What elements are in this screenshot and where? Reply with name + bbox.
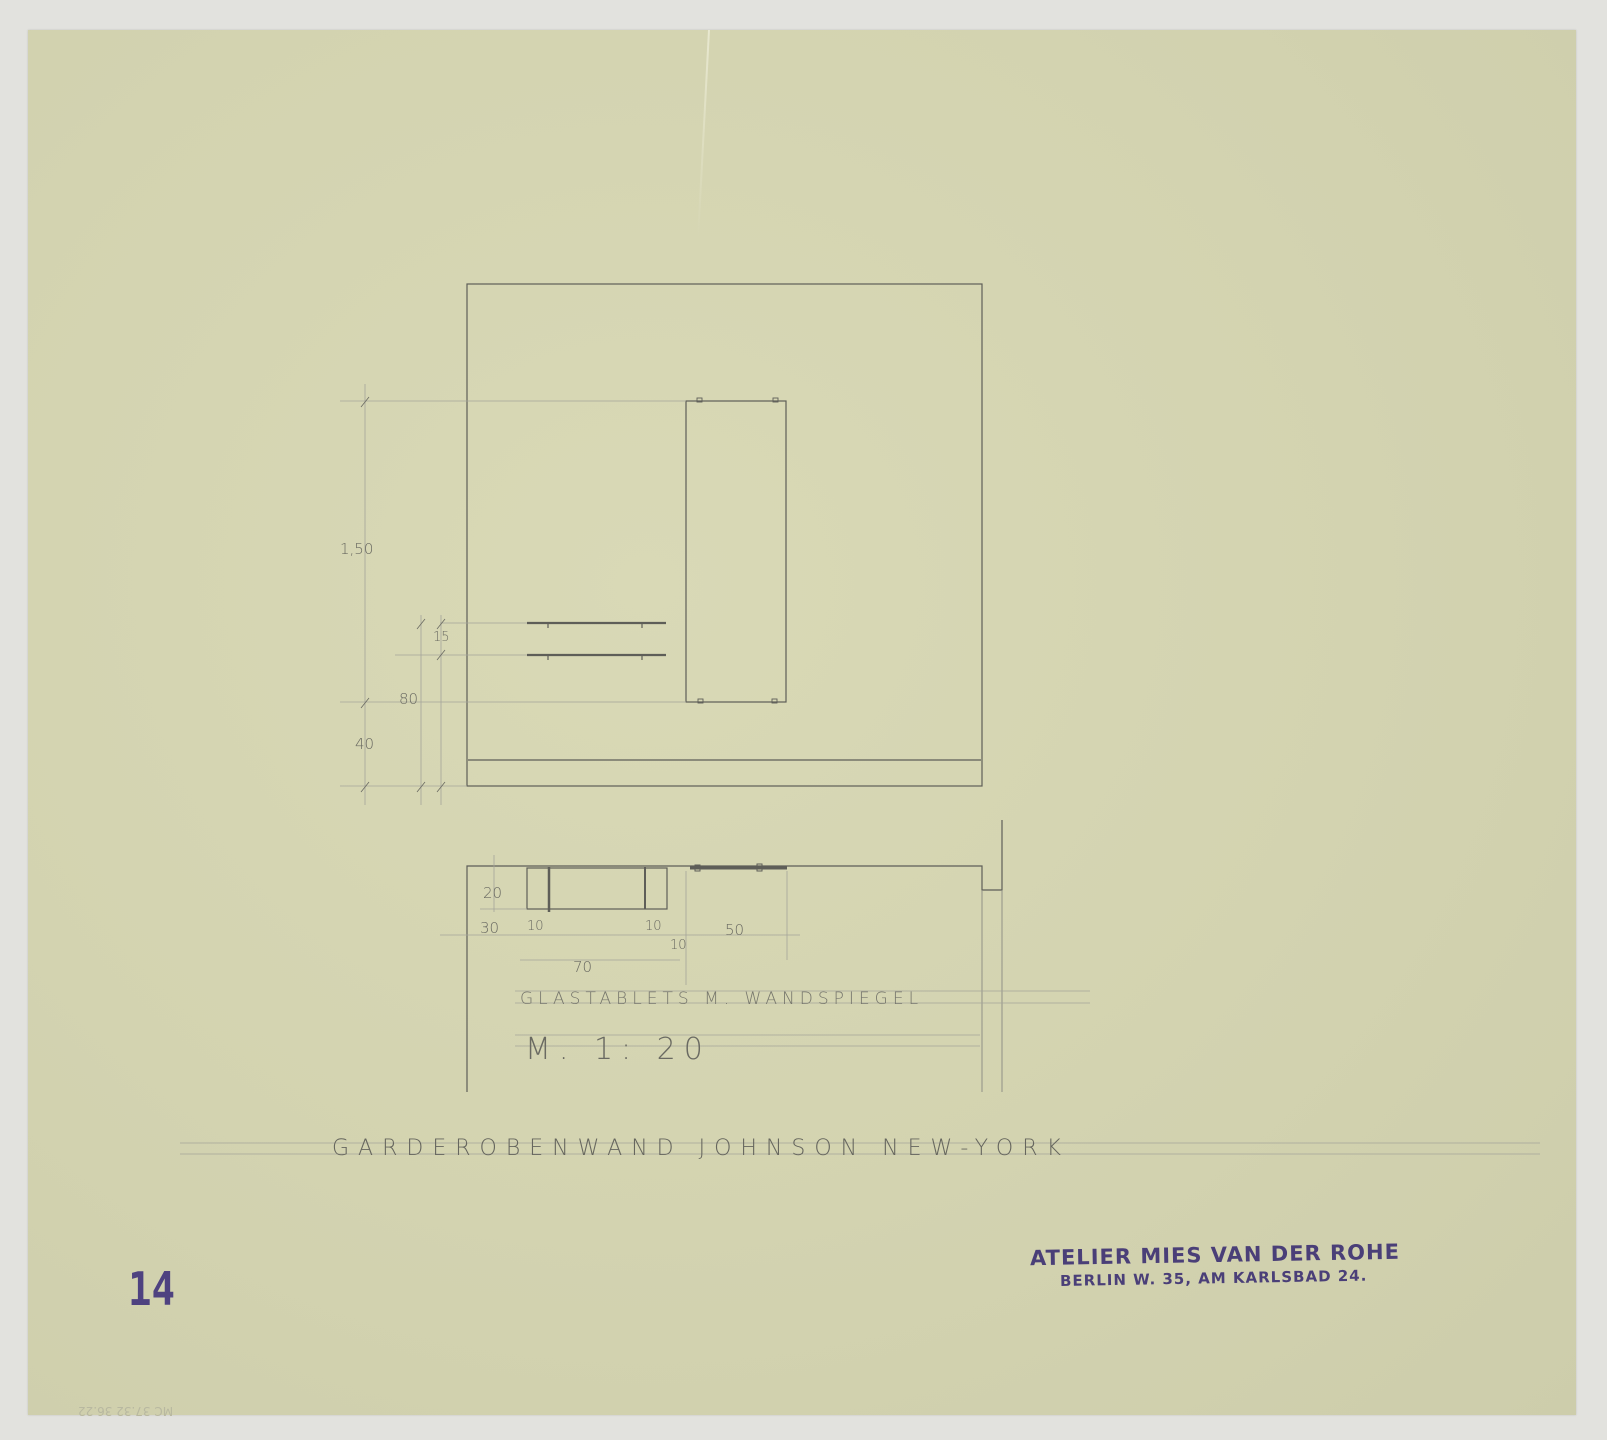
elevation-glass-shelves: [527, 623, 666, 660]
dim-depth: 20: [483, 884, 502, 902]
dim-base-height: 40: [355, 735, 374, 753]
dim-mirror-width: 50: [725, 921, 744, 939]
drawing-caption: GLASTABLETS M. WANDSPIEGEL: [520, 989, 923, 1009]
dim-shelf-height: 80: [399, 690, 418, 708]
elevation-mirror: [686, 401, 786, 702]
atelier-stamp: ATELIER MIES VAN DER ROHE BERLIN W. 35, …: [1030, 1243, 1400, 1287]
dim-bracket-left: 10: [527, 919, 544, 934]
archive-mark: MC 37.32 36.22: [78, 1404, 173, 1418]
dimension-lines: [340, 384, 686, 805]
dim-total-height: 1,50: [340, 540, 373, 558]
architectural-drawing: [0, 0, 1607, 1440]
dim-shelf-spacing: 15: [433, 630, 450, 645]
stamp-line-2: BERLIN W. 35, AM KARLSBAD 24.: [1060, 1266, 1400, 1290]
dim-offset-left: 30: [480, 919, 499, 937]
drawing-scale: M. 1: 20: [525, 1032, 711, 1067]
dim-gap: 10: [670, 938, 687, 953]
sheet-number: 14: [128, 1262, 175, 1316]
dim-shelf-width: 70: [573, 958, 592, 976]
dim-bracket-right: 10: [645, 919, 662, 934]
elevation-wall-outline: [467, 284, 982, 786]
stamp-line-1: ATELIER MIES VAN DER ROHE: [1030, 1240, 1400, 1270]
drawing-title: GARDEROBENWAND JOHNSON NEW-YORK: [332, 1136, 1070, 1161]
